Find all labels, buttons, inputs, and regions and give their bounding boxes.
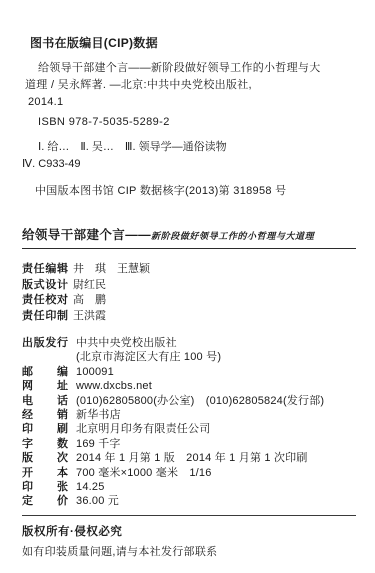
pub-row-telephone: 电话(010)62805800(办公室) (010)62805824(发行部) [22, 394, 356, 408]
pub-row-word-count: 字数169 千字 [22, 437, 356, 451]
pub-value: 700 毫米×1000 毫米 1/16 [76, 467, 212, 479]
footer-divider [22, 515, 356, 516]
pub-value: 2014 年 1 月第 1 版 2014 年 1 月第 1 次印刷 [76, 452, 308, 464]
pub-label: 印刷 [22, 422, 68, 436]
pub-row-price: 定价36.00 元 [22, 494, 356, 508]
pub-value: 14.25 [76, 481, 105, 493]
credit-label: 责任校对 [22, 293, 68, 309]
cip-entry-line-3: 2014.1 [22, 94, 356, 111]
pub-label: 电话 [22, 394, 68, 408]
pub-value: 100091 [76, 366, 114, 378]
pub-value: 新华书店 [76, 409, 121, 421]
pub-row-sheets: 印张14.25 [22, 480, 356, 494]
pub-label: 开本 [22, 466, 68, 480]
staff-credits: 责任编辑井 琪 王慧颖 版式设计尉红民 责任校对高 鹏 责任印制王洪霞 [22, 262, 356, 324]
pub-value: (北京市海淀区大有庄 100 号) [76, 351, 221, 363]
cip-classification-line-1: Ⅰ. 给… Ⅱ. 吴… Ⅲ. 领导学—通俗读物 [22, 139, 356, 156]
pub-row-website: 网址www.dxcbs.net [22, 379, 356, 393]
credit-value: 高 鹏 [73, 294, 106, 306]
print-quality-notice: 如有印装质量问题,请与本社发行部联系 [22, 543, 356, 559]
cip-classification-line-2: Ⅳ. C933-49 [22, 156, 356, 173]
pub-label: 字数 [22, 437, 68, 451]
credit-row-print-supervisor: 责任印制王洪霞 [22, 309, 356, 325]
pub-row-publisher: 出版发行中共中央党校出版社 [22, 336, 356, 350]
pub-label: 网址 [22, 379, 68, 393]
credit-value: 王洪霞 [73, 310, 106, 322]
copyright-notice: 版权所有·侵权必究 [22, 523, 356, 539]
pub-label: 经销 [22, 408, 68, 422]
pub-value: 中共中央党校出版社 [76, 337, 177, 349]
pub-value: 169 千字 [76, 438, 121, 450]
credit-value: 井 琪 王慧颖 [73, 263, 150, 275]
pub-row-format: 开本700 毫米×1000 毫米 1/16 [22, 466, 356, 480]
pub-row-postcode: 邮编100091 [22, 365, 356, 379]
book-title-subtitle: 新阶段做好领导工作的小哲理与大道理 [151, 231, 314, 241]
cip-entry-line-2: 道理 / 吴永辉著. —北京:中共中央党校出版社, [22, 77, 356, 94]
publication-details: 出版发行中共中央党校出版社 (北京市海淀区大有庄 100 号) 邮编100091… [22, 336, 356, 509]
pub-row-printer: 印刷北京明月印务有限责任公司 [22, 422, 356, 436]
cip-entry: 给领导干部建个言——新阶段做好领导工作的小哲理与大 道理 / 吴永辉著. —北京… [22, 60, 356, 111]
pub-value: 36.00 元 [76, 495, 119, 507]
pub-label: 出版发行 [22, 336, 68, 350]
book-title-main: 给领导干部建个言—— [22, 228, 151, 242]
cip-record-number: 中国版本图书馆 CIP 数据核字(2013)第 318958 号 [22, 182, 356, 198]
book-copyright-page: 图书在版编目(CIP)数据 给领导干部建个言——新阶段做好领导工作的小哲理与大 … [0, 0, 375, 573]
book-title-rule: 给领导干部建个言——新阶段做好领导工作的小哲理与大道理 [22, 225, 356, 249]
pub-value: 北京明月印务有限责任公司 [76, 423, 210, 435]
pub-label: 印张 [22, 480, 68, 494]
pub-value: (010)62805800(办公室) (010)62805824(发行部) [76, 395, 324, 407]
credit-row-proofreader: 责任校对高 鹏 [22, 293, 356, 309]
cip-heading: 图书在版编目(CIP)数据 [22, 34, 356, 51]
cip-entry-line-1: 给领导干部建个言——新阶段做好领导工作的小哲理与大 [22, 60, 356, 77]
pub-row-distributor: 经销新华书店 [22, 408, 356, 422]
isbn: ISBN 978-7-5035-5289-2 [22, 116, 356, 128]
pub-row-edition: 版次2014 年 1 月第 1 版 2014 年 1 月第 1 次印刷 [22, 451, 356, 465]
credit-label: 责任印制 [22, 309, 68, 325]
pub-value: www.dxcbs.net [76, 380, 152, 392]
credit-row-layout-designer: 版式设计尉红民 [22, 278, 356, 294]
credit-value: 尉红民 [73, 279, 106, 291]
credit-label: 责任编辑 [22, 262, 68, 278]
pub-label: 版次 [22, 451, 68, 465]
pub-row-publisher-address: (北京市海淀区大有庄 100 号) [22, 350, 356, 364]
pub-label: 定价 [22, 494, 68, 508]
credit-label: 版式设计 [22, 278, 68, 294]
pub-label: 邮编 [22, 365, 68, 379]
credit-row-editor: 责任编辑井 琪 王慧颖 [22, 262, 356, 278]
